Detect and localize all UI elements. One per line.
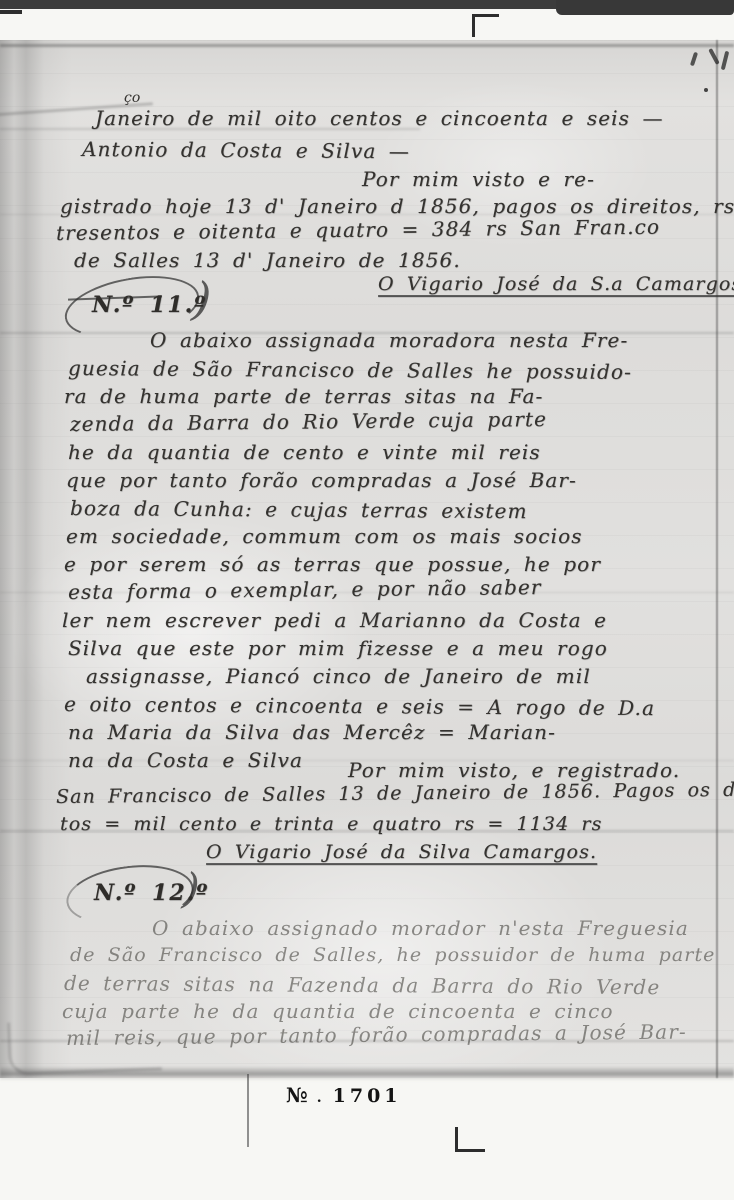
handwritten-line: O abaixo assignada moradora nesta Fre- — [150, 328, 628, 352]
handwritten-line: cuja parte he da quantia de cincoenta e … — [62, 999, 614, 1023]
ink-dot — [704, 88, 708, 92]
numero-sign: № — [286, 1083, 310, 1107]
handwritten-line: ra de huma parte de terras sitas na Fa- — [64, 384, 543, 408]
handwritten-line: Janeiro de mil oito centos e cincoenta e… — [95, 106, 664, 130]
handwritten-line: esta forma o exemplar, e por não saber — [68, 575, 542, 604]
handwritten-line: O abaixo assignado morador n'esta Fregue… — [152, 916, 689, 940]
handwritten-line: de terras sitas na Fazenda da Barra do R… — [64, 971, 660, 999]
handwritten-line: zenda da Barra do Rio Verde cuja parte — [70, 407, 547, 436]
handwritten-line: e oito centos e cincoenta e seis = A rog… — [64, 692, 655, 720]
page-number-stamp: №.1701 — [286, 1083, 402, 1107]
scanned-manuscript-page: { "stamp": { "prefix": "№", "separator":… — [0, 0, 734, 1200]
handwritten-line: he da quantia de cento e vinte mil reis — [68, 440, 541, 464]
handwritten-line: de Salles 13 d' Janeiro de 1856. — [74, 248, 461, 272]
handwritten-line: Por mim visto e re- — [362, 167, 595, 191]
handwritten-line: e por serem só as terras que possue, he … — [64, 552, 601, 576]
handwritten-line: guesia de São Francisco de Salles he pos… — [68, 356, 632, 384]
corner-mark-top — [472, 14, 499, 37]
superscript-flourish: ço — [124, 90, 140, 106]
stamp-separator: . — [317, 1090, 324, 1106]
handwritten-line: ler nem escrever pedi a Marianno da Cost… — [62, 608, 607, 632]
handwritten-line: na da Costa e Silva — [68, 748, 303, 772]
scanner-edge-band — [556, 0, 734, 15]
handwritten-line: Antonio da Costa e Silva — — [82, 137, 410, 163]
handwritten-line: de São Francisco de Salles, he possuidor… — [70, 944, 716, 966]
handwritten-line: tos = mil cento e trinta e quatro rs = 1… — [60, 813, 602, 835]
handwritten-line: boza da Cunha: e cujas terras existem — [70, 496, 528, 523]
handwritten-line: Silva que este por mim fizesse e a meu r… — [68, 636, 608, 660]
folio-number: 1701 — [333, 1085, 402, 1107]
record-number-heading: N.º 11.º — [92, 292, 207, 318]
vicar-signature: O Vigario José da S.a Camargos — [378, 273, 734, 295]
vicar-signature: O Vigario José da Silva Camargos. — [206, 841, 597, 863]
handwritten-line: em sociedade, commum com os mais socios — [66, 524, 583, 548]
horizontal-crease — [0, 44, 734, 47]
corner-mark-top-left — [0, 10, 22, 14]
corner-mark-bottom — [455, 1127, 485, 1152]
registration-tick — [247, 1074, 249, 1147]
handwritten-line: na Maria da Silva das Mercêz = Marian- — [68, 720, 556, 744]
handwritten-line: Por mim visto, e registrado. — [348, 758, 680, 782]
handwritten-line: assignasse, Piancó cinco de Janeiro de m… — [86, 664, 591, 688]
handwritten-line: que por tanto forão compradas a José Bar… — [66, 468, 577, 492]
record-number-heading: N.º 12.º — [94, 880, 209, 906]
